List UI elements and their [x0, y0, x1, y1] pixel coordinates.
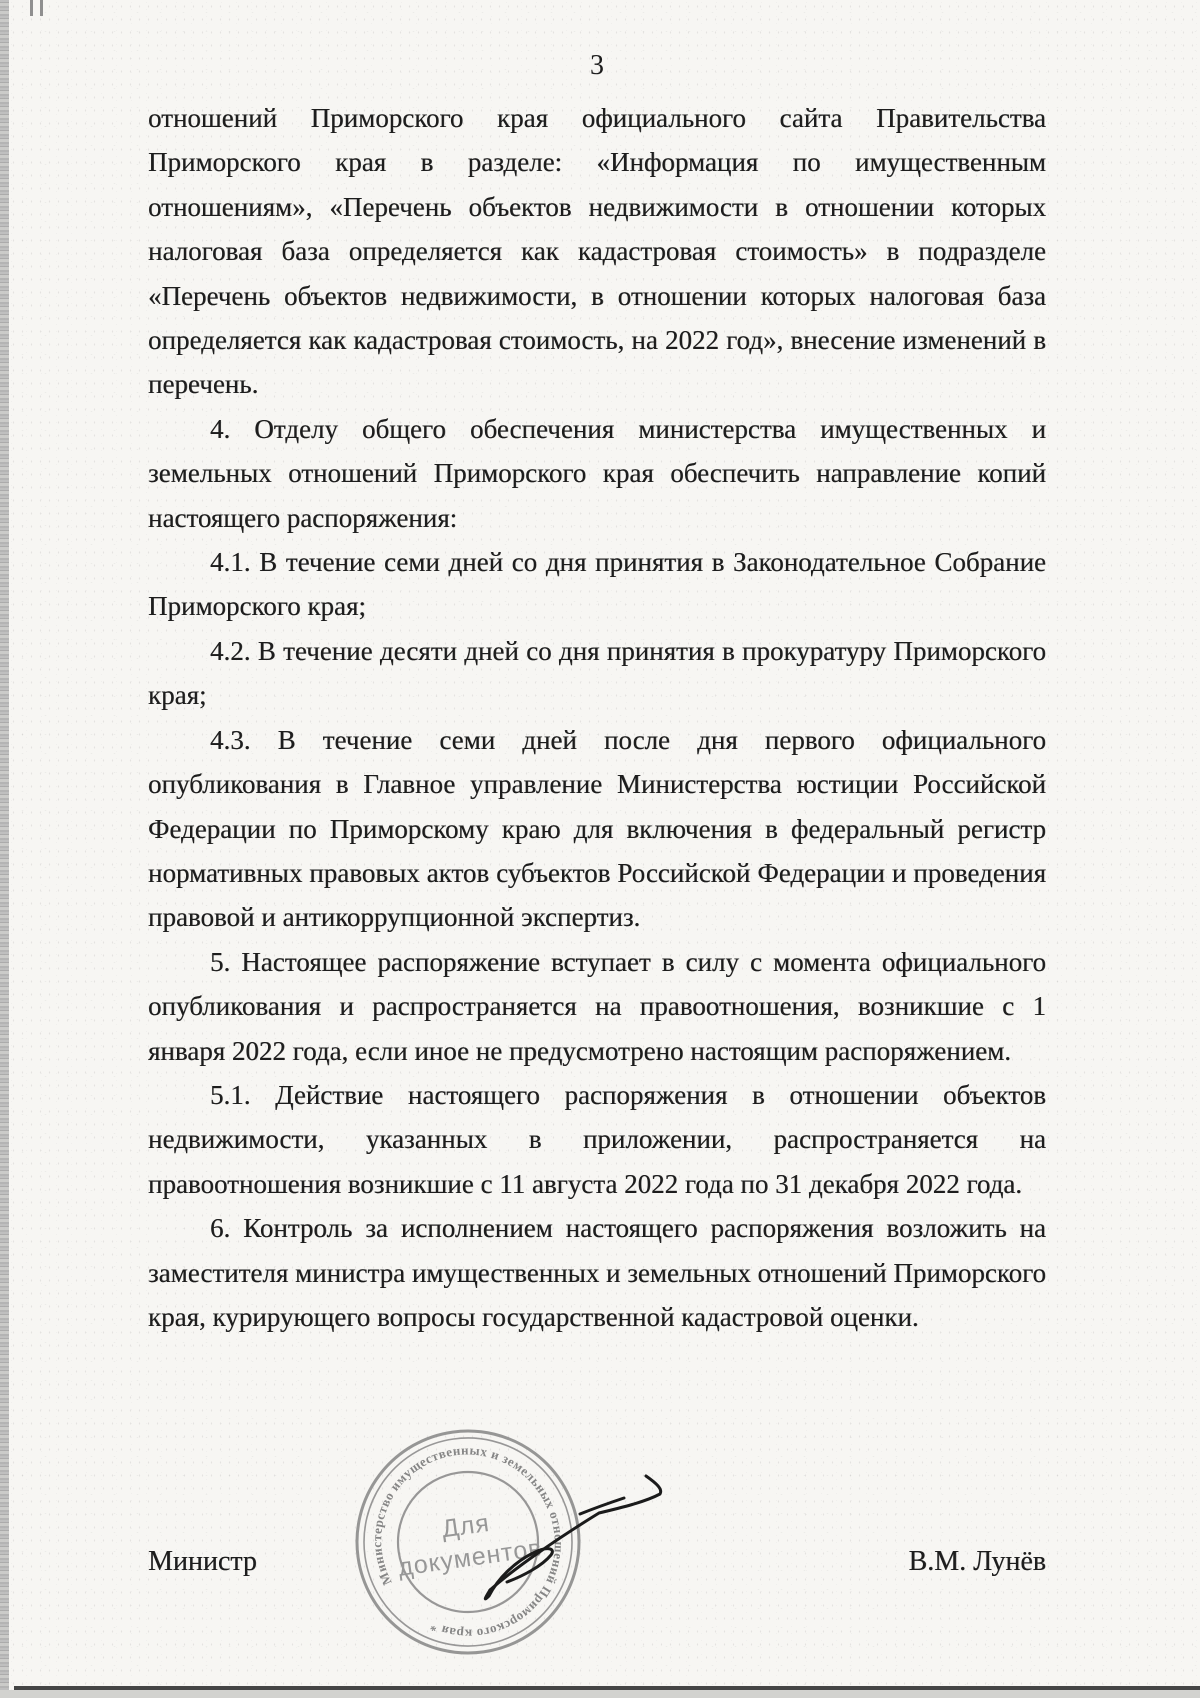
paragraph: 5.1. Действие настоящего распоряжения в …: [148, 1073, 1046, 1206]
scan-edge-shadow: [0, 0, 9, 1690]
paragraph: 6. Контроль за исполнением настоящего ра…: [148, 1206, 1046, 1339]
scan-corner-marks: [30, 0, 43, 16]
page-number: 3: [148, 50, 1046, 82]
paragraph: 5. Настоящее распоряжение вступает в сил…: [148, 940, 1046, 1073]
stamp-center-text-line1: Для: [440, 1509, 491, 1543]
scan-bottom-margin: [0, 1690, 1200, 1698]
paragraph: 4.2. В течение десяти дней со дня принят…: [148, 629, 1046, 718]
paragraph: 4. Отделу общего обеспечения министерств…: [148, 407, 1046, 540]
scanned-page: 3 отношений Приморского края официальног…: [0, 0, 1200, 1698]
scan-corner-mark: [30, 0, 33, 16]
paragraph: отношений Приморского края официального …: [148, 96, 1046, 407]
signature-block: Министр В.М. Лунёв: [148, 1546, 1046, 1578]
minister-name: В.М. Лунёв: [909, 1546, 1047, 1578]
minister-title: Министр: [148, 1546, 257, 1578]
paragraph: 4.3. В течение семи дней после дня перво…: [148, 718, 1046, 940]
scan-corner-mark: [40, 0, 43, 16]
document-text: отношений Приморского края официального …: [148, 96, 1046, 1339]
stamp-ring: Министерство имущественных и земельных о…: [343, 1420, 594, 1667]
paragraph: 4.1. В течение семи дней со дня принятия…: [148, 540, 1046, 629]
